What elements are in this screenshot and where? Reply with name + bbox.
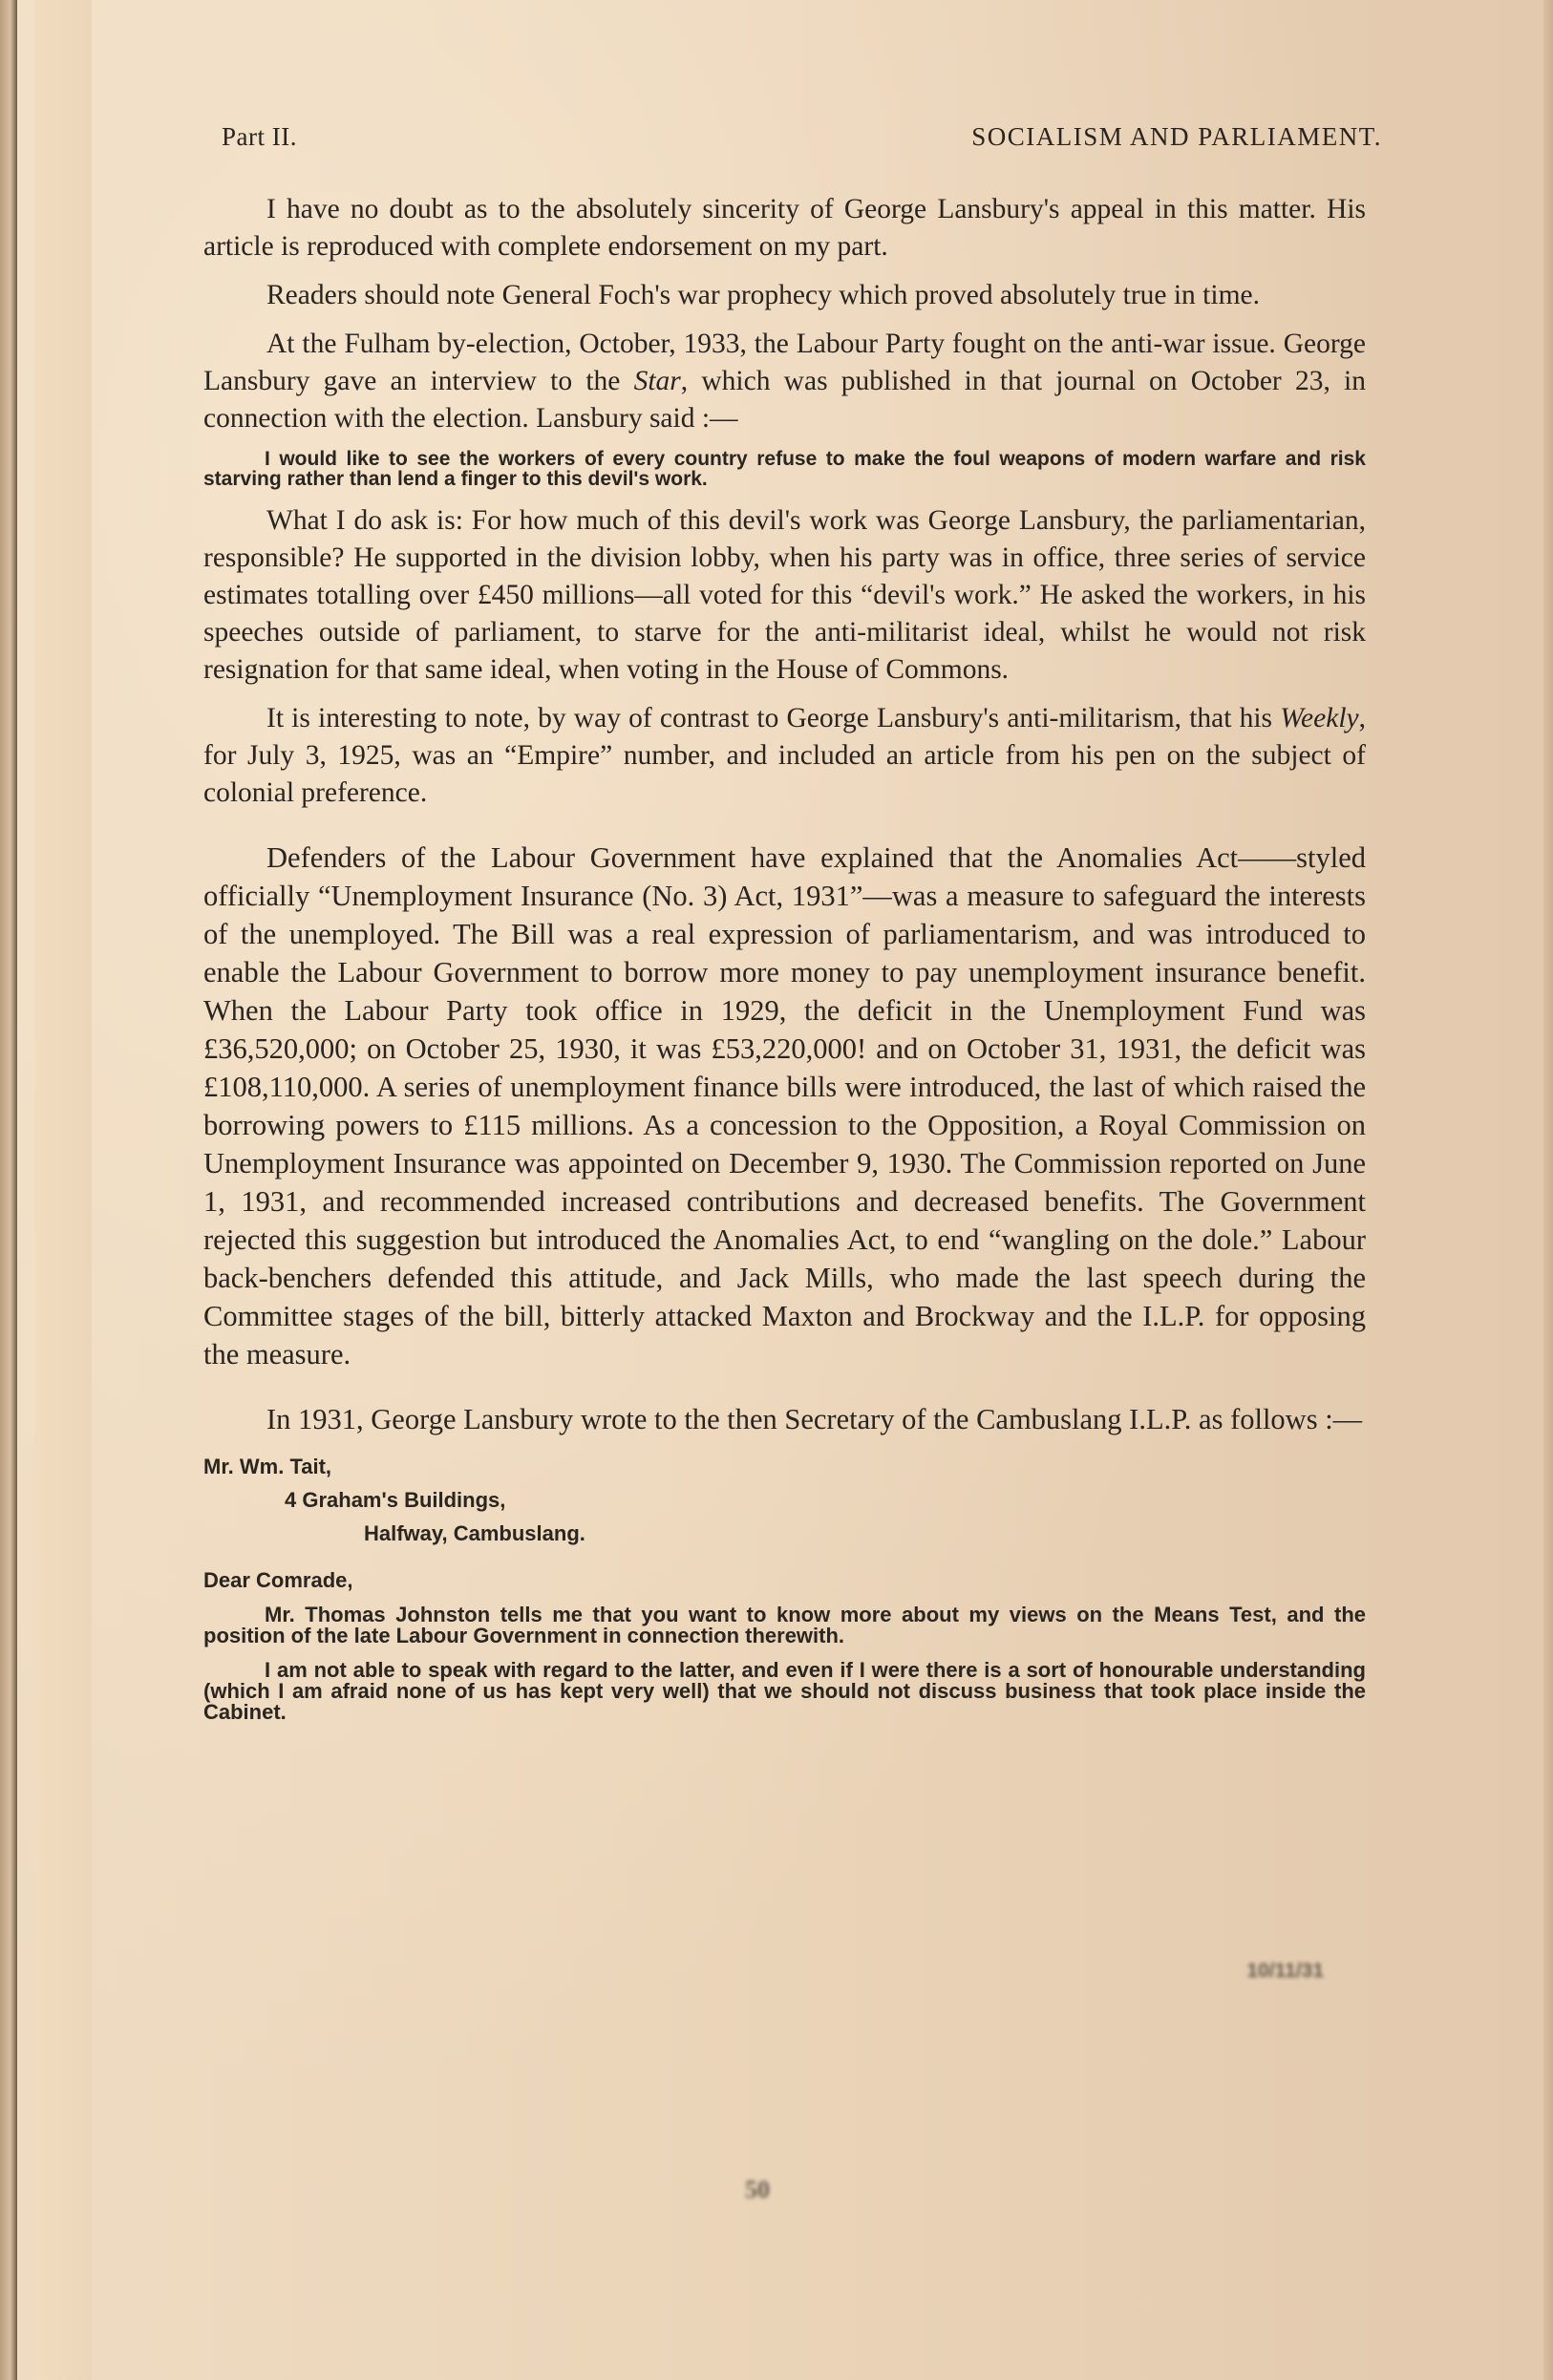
paragraph-1: I have no doubt as to the absolutely sin…	[203, 191, 1366, 266]
paragraph-3: At the Fulham by-election, October, 1933…	[203, 326, 1366, 437]
letter-paragraph-2: I am not able to speak with regard to th…	[203, 1660, 1366, 1723]
page-body: I have no doubt as to the absolutely sin…	[203, 191, 1366, 1736]
part-label: Part II.	[222, 122, 297, 152]
letter-salutation: Dear Comrade,	[203, 1563, 1366, 1597]
paragraph-4: What I do ask is: For how much of this d…	[203, 502, 1366, 689]
address-street: 4 Graham's Buildings,	[203, 1483, 1366, 1517]
paragraph-5: It is interesting to note, by way of con…	[203, 700, 1366, 812]
star-newspaper-title: Star	[634, 366, 681, 396]
letter-date: 10/11/31	[1246, 1960, 1324, 1983]
paragraph-5-text-a: It is interesting to note, by way of con…	[266, 703, 1280, 733]
running-title: SOCIALISM AND PARLIAMENT.	[971, 122, 1382, 152]
paragraph-7: In 1931, George Lansbury wrote to the th…	[203, 1400, 1366, 1438]
paragraph-2: Readers should note General Foch's war p…	[203, 277, 1366, 314]
page-gutter	[34, 0, 92, 2380]
lansbury-quote: I would like to see the workers of every…	[203, 449, 1366, 489]
weekly-title: Weekly	[1280, 703, 1358, 733]
page-number: 50	[745, 2176, 770, 2204]
paragraph-6: Defenders of the Labour Government have …	[203, 839, 1366, 1373]
letter-address: Mr. Wm. Tait, 4 Graham's Buildings, Half…	[203, 1450, 1366, 1597]
letter-paragraph-1: Mr. Thomas Johnston tells me that you wa…	[203, 1604, 1366, 1647]
address-town: Halfway, Cambuslang.	[203, 1517, 1366, 1550]
page-edge	[1543, 0, 1553, 2380]
quote-text: I would like to see the workers of every…	[203, 449, 1366, 489]
address-name: Mr. Wm. Tait,	[203, 1450, 1366, 1483]
running-header: Part II. SOCIALISM AND PARLIAMENT.	[222, 122, 1382, 152]
book-spine	[0, 0, 17, 2380]
